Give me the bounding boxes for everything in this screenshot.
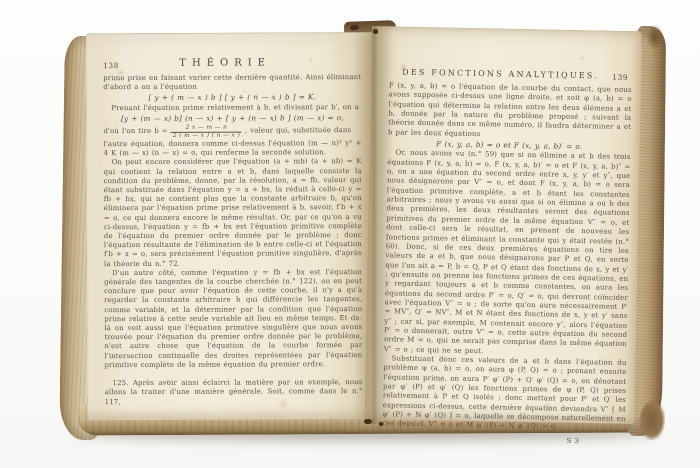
right-page-number: 139 (612, 73, 628, 82)
left-running-title: THÉORIE (103, 57, 347, 69)
body-paragraph: Substituant donc ces valeurs de a et b d… (382, 354, 626, 433)
signature-mark: S 3 (382, 433, 625, 447)
left-page-body: prime prise en faisant varier cette dern… (103, 73, 362, 407)
binding-stitch (364, 419, 372, 424)
right-page: DES FONCTIONS ANALYTIQUES. 139 F (x, y, … (364, 26, 641, 424)
right-running-title: DES FONCTIONS ANALYTIQUES. (389, 67, 632, 81)
fraction-post-text: , valeur qui, substituée dans (245, 127, 351, 137)
body-paragraph: F (x, y, a, b) = o l'équation de la cour… (388, 81, 632, 142)
fraction-denominator: 2 ( m — x ) ( n — x ) (171, 131, 242, 139)
displayed-equation: [y + (m — x) b] (n — x) + [ y + (n — x) … (103, 113, 361, 123)
left-page-header: 138 THÉORIE (103, 57, 361, 72)
body-paragraph: 125. Après avoir ainsi éclairci la matiè… (105, 378, 363, 407)
fraction-pre-text: d'où l'on tire b = (103, 127, 167, 136)
body-paragraph: Or, nous avons vu (n.° 59) que si on éli… (384, 149, 631, 359)
open-book: 138 THÉORIE prime prise en faisant varie… (58, 20, 666, 444)
body-paragraph: l'autre équation, donnera comme ci-dessu… (103, 139, 361, 159)
photo-background: 138 THÉORIE prime prise en faisant varie… (0, 0, 700, 468)
binding-stitch (373, 29, 378, 34)
fraction-line: d'où l'on tire b = 2 x — m — n 2 ( m — x… (103, 123, 361, 140)
binding-stitch (379, 422, 383, 426)
body-paragraph: prime prise en faisant varier cette dern… (103, 73, 361, 93)
body-paragraph: D'un autre côté, comme l'équation y = fb… (104, 268, 362, 370)
right-page-body: F (x, y, a, b) = o l'équation de la cour… (382, 81, 632, 447)
body-paragraph: Prenant l'équation prime relativement à … (103, 103, 361, 113)
body-paragraph: On peut encore considérer que l'équation… (104, 157, 362, 269)
left-page: 138 THÉORIE prime prise en faisant varie… (86, 32, 376, 420)
inline-fraction: 2 x — m — n 2 ( m — x ) ( n — x ) (171, 124, 242, 138)
displayed-equation: [ y + ( m — x ) b ] [ y + ( n — x ) b ] … (103, 92, 361, 102)
